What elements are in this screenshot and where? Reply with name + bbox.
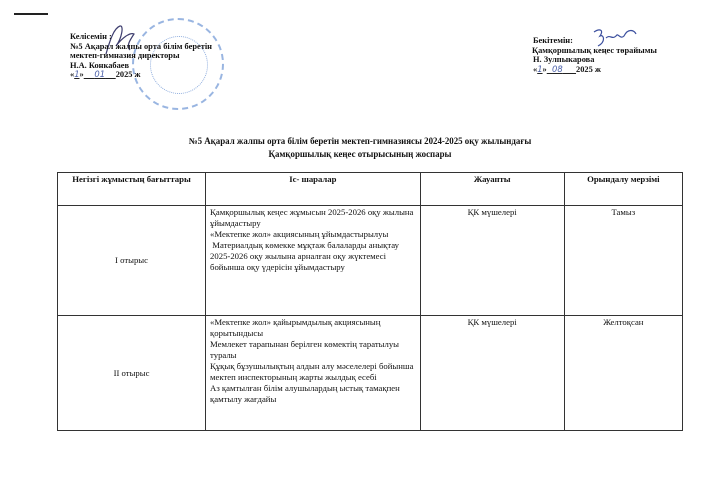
- responsible-cell: ҚК мүшелері: [420, 206, 564, 316]
- approval-block-right: Бекітемін: Қамқоршылық кеңес төрайымы Н.…: [533, 36, 657, 74]
- approval-position: Қамқоршылық кеңес төрайымы: [532, 46, 657, 56]
- date-month: 08: [547, 64, 576, 74]
- approval-date: «1» 08 2025 ж: [533, 65, 657, 75]
- activities-cell: Қамқоршылық кеңес жұмысын 2025-2026 оқу …: [206, 206, 421, 316]
- deadline-cell: Желтоқсан: [564, 316, 682, 431]
- activity-item: Материалдық көмекке мұқтаж балаларды аны…: [210, 240, 416, 251]
- approval-label: Келісемін :: [70, 32, 212, 42]
- column-header-deadline: Орындалу мерзімі: [564, 173, 682, 206]
- column-header-responsible: Жауапты: [420, 173, 564, 206]
- date-month-value: 08: [552, 64, 563, 74]
- column-header-activities: Іс- шаралар: [206, 173, 421, 206]
- date-month-value: 01: [94, 69, 105, 79]
- approval-org-line2: мектеп-гимназия директоры: [70, 51, 212, 61]
- activities-cell: «Мектепке жол» қайырымдылық акциясының қ…: [206, 316, 421, 431]
- date-year: 2025 ж: [116, 70, 141, 79]
- table-row: ІІ отырыс «Мектепке жол» қайырымдылық ак…: [58, 316, 683, 431]
- approval-label: Бекітемін:: [533, 36, 657, 46]
- activity-item: Құқық бұзушылықтың алдын алу мәселелері …: [210, 361, 416, 383]
- activity-item: «Мектепке жол» акциясының ұйымдастырылуы: [210, 229, 416, 240]
- deadline-cell: Тамыз: [564, 206, 682, 316]
- activity-item: «Мектепке жол» қайырымдылық акциясының қ…: [210, 317, 416, 339]
- activity-item: Қамқоршылық кеңес жұмысын 2025-2026 оқу …: [210, 207, 416, 229]
- column-header-directions: Негізгі жұмыстың бағыттары: [58, 173, 206, 206]
- activity-item: 2025-2026 оқу жылына арналған оқу жүктем…: [210, 251, 416, 273]
- approval-org-line1: №5 Ақарал жалпы орта білім беретін: [70, 42, 212, 52]
- session-cell: І отырыс: [58, 206, 206, 316]
- approval-date: «1» 01 2025 ж: [70, 70, 212, 80]
- date-year: 2025 ж: [576, 65, 601, 74]
- activity-item: Мемлекет тарапынан берілген көмектің тар…: [210, 339, 416, 361]
- plan-table: Негізгі жұмыстың бағыттары Іс- шаралар Ж…: [57, 172, 683, 431]
- approval-block-left: Келісемін : №5 Ақарал жалпы орта білім б…: [70, 32, 212, 80]
- document-title-line2: Қамқоршылық кеңес отырысының жоспары: [0, 149, 720, 159]
- table-row: І отырыс Қамқоршылық кеңес жұмысын 2025-…: [58, 206, 683, 316]
- session-cell: ІІ отырыс: [58, 316, 206, 431]
- date-month: 01: [84, 69, 116, 79]
- table-header-row: Негізгі жұмыстың бағыттары Іс- шаралар Ж…: [58, 173, 683, 206]
- scan-mark: [14, 13, 48, 15]
- activity-item: Аз қамтылған білім алушылардың ыстық там…: [210, 383, 416, 405]
- document-title-line1: №5 Ақарал жалпы орта білім беретін мекте…: [0, 136, 720, 146]
- responsible-cell: ҚК мүшелері: [420, 316, 564, 431]
